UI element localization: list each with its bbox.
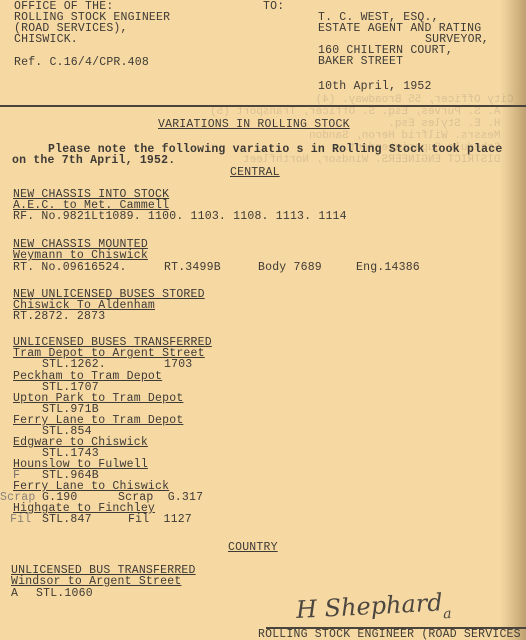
section-detail-engine: Eng.14386 — [356, 262, 420, 273]
header-divider — [0, 105, 526, 107]
section-detail-body: Body 7689 — [258, 262, 322, 273]
transfer-route: Ferry Lane to Tram Depot — [13, 415, 183, 426]
signature-handwriting: H Shepharda — [295, 588, 451, 624]
letter-date: 10th April, 1952 — [318, 81, 432, 92]
transfer-extra: 1703 — [164, 359, 192, 370]
section-detail: STL.1060 — [36, 588, 93, 599]
recipient-line-5: BAKER STREET — [318, 56, 403, 67]
section-detail-rt: RT.3499B — [164, 262, 221, 273]
reference-number: Ref. C.16/4/CPR.408 — [14, 57, 149, 68]
section-route: Windsor to Argent Street — [11, 576, 181, 587]
from-line-4: CHISWICK. — [14, 34, 78, 45]
typed-letter: City Officer, 55 Broadway. (4) A. S. Pur… — [0, 0, 526, 640]
section-route: Weymann to Chiswick — [13, 250, 148, 261]
central-heading: CENTRAL — [230, 167, 280, 178]
section-detail: RT. No.09616524. — [13, 262, 127, 273]
transfer-detail: STL.1262. — [42, 359, 106, 370]
intro-line-2: on the 7th April, 1952. — [12, 155, 175, 166]
country-heading: COUNTRY — [228, 542, 278, 553]
transfer-detail: STL.847 — [42, 514, 92, 525]
transfer-extra: Fil 1127 — [128, 514, 192, 525]
to-label: TO: — [263, 1, 284, 12]
transfer-prefix: A — [11, 588, 18, 599]
document-title: VARIATIONS IN ROLLING STOCK — [158, 119, 350, 130]
transfer-prefix: Fil — [10, 514, 31, 525]
section-detail: RT.2872. 2873 — [13, 311, 105, 322]
section-detail: RF. No.9821Lt1089. 1100. 1103. 1108. 111… — [13, 211, 347, 222]
signatory-title: ROLLING STOCK ENGINEER (ROAD SERVICES — [258, 629, 521, 640]
